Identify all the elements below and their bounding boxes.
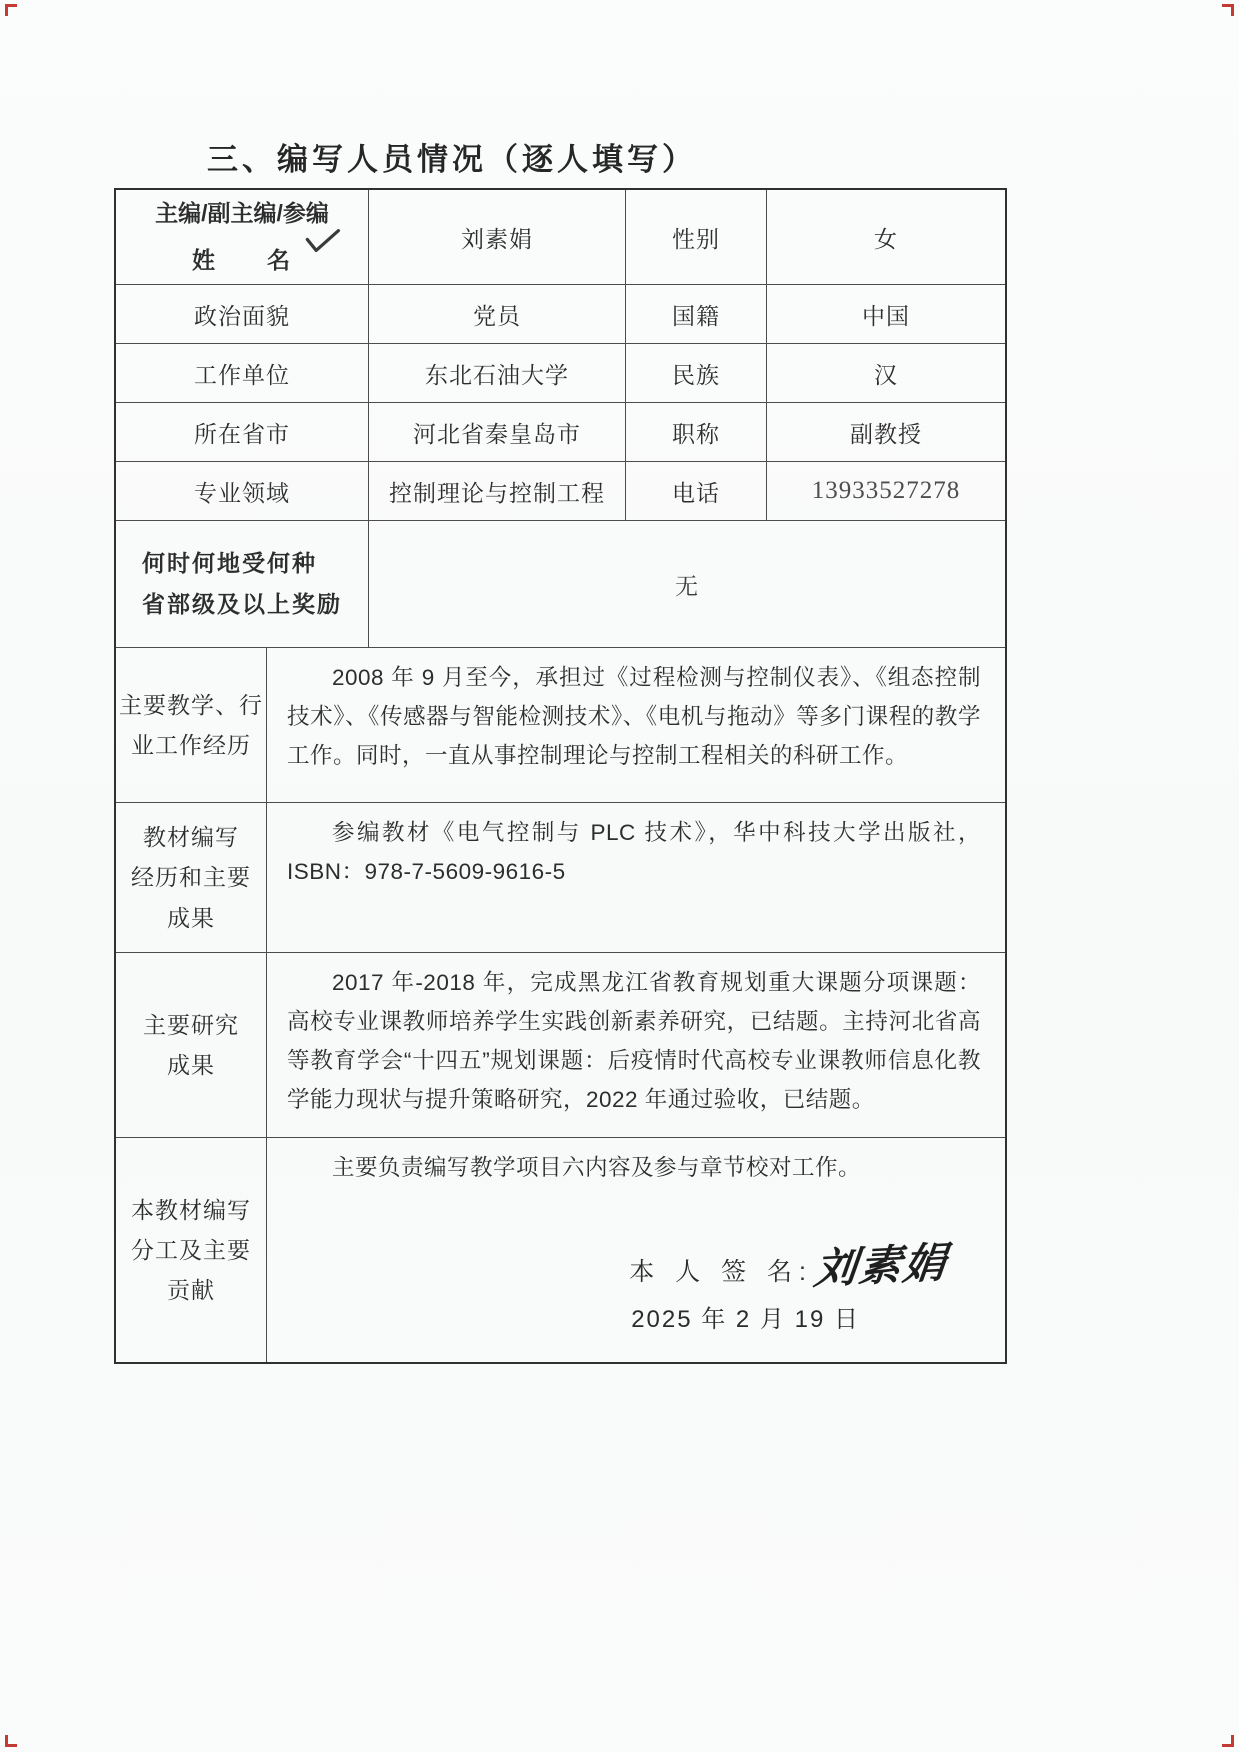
research-label-line2: 成果: [167, 1045, 215, 1085]
job-title-value: 副教授: [767, 403, 1005, 461]
teaching-label-line2: 业工作经历: [131, 725, 251, 765]
awards-value: 无: [369, 521, 1005, 647]
ethnicity-label: 民族: [626, 344, 767, 402]
awards-label-line2: 省部级及以上奖励: [142, 584, 342, 625]
job-title-label: 职称: [626, 403, 767, 461]
textbook-content: 参编教材《电气控制与 PLC 技术》，华中科技大学出版社，ISBN：978-7-…: [287, 813, 981, 891]
contribution-content: 主要负责编写教学项目六内容及参与章节校对工作。: [287, 1148, 981, 1187]
table-row-research: 主要研究 成果 2017 年-2018 年，完成黑龙江省教育规划重大课题分项课题…: [116, 953, 1005, 1138]
teaching-content: 2008 年 9 月至今，承担过《过程检测与控制仪表》、《组态控制技术》、《传感…: [287, 658, 981, 775]
research-label: 主要研究 成果: [116, 953, 267, 1137]
table-row-textbook: 教材编写 经历和主要 成果 参编教材《电气控制与 PLC 技术》，华中科技大学出…: [116, 803, 1005, 953]
page-title: 三、编写人员情况（逐人填写）: [207, 134, 697, 179]
scan-corner-mark: [1231, 1735, 1234, 1747]
teaching-content-cell: 2008 年 9 月至今，承担过《过程检测与控制仪表》、《组态控制技术》、《传感…: [267, 648, 1005, 802]
contribution-content-cell: 主要负责编写教学项目六内容及参与章节校对工作。 本 人 签 名: 刘素娟 202…: [267, 1138, 1005, 1362]
nationality-value: 中国: [767, 285, 1005, 343]
teaching-label: 主要教学、行 业工作经历: [116, 648, 267, 802]
textbook-label-line3: 成果: [167, 898, 215, 938]
role-label: 主编/副主编/参编: [155, 193, 329, 234]
research-content-cell: 2017 年-2018 年，完成黑龙江省教育规划重大课题分项课题：高校专业课教师…: [267, 953, 1005, 1137]
textbook-label-line1: 教材编写: [143, 817, 239, 857]
specialty-label: 专业领域: [116, 462, 369, 520]
ethnicity-value: 汉: [767, 344, 1005, 402]
scan-corner-mark: [1231, 4, 1234, 16]
phone-value: 13933527278: [767, 462, 1005, 520]
political-status-value: 党员: [369, 285, 626, 343]
role-name-label-cell: 主编/副主编/参编 姓 名: [116, 190, 369, 284]
teaching-label-line1: 主要教学、行: [119, 685, 263, 725]
checkmark-icon: [302, 224, 341, 262]
textbook-label: 教材编写 经历和主要 成果: [116, 803, 267, 952]
work-unit-label: 工作单位: [116, 344, 369, 402]
gender-label: 性别: [626, 190, 767, 284]
scan-corner-mark: [5, 4, 8, 16]
phone-label: 电话: [626, 462, 767, 520]
table-row-political: 政治面貌 党员 国籍 中国: [116, 285, 1005, 344]
table-row-teaching: 主要教学、行 业工作经历 2008 年 9 月至今，承担过《过程检测与控制仪表》…: [116, 648, 1005, 803]
nationality-label: 国籍: [626, 285, 767, 343]
table-row-province: 所在省市 河北省秦皇岛市 职称 副教授: [116, 403, 1005, 462]
table-row-awards: 何时何地受何种 省部级及以上奖励 无: [116, 521, 1005, 648]
research-content: 2017 年-2018 年，完成黑龙江省教育规划重大课题分项课题：高校专业课教师…: [287, 963, 981, 1119]
specialty-value: 控制理论与控制工程: [369, 462, 626, 520]
handwritten-signature: 刘素娟: [812, 1243, 949, 1289]
signature-date: 2025 年 2 月 19 日: [629, 1300, 947, 1339]
political-status-label: 政治面貌: [116, 285, 369, 343]
table-row-name: 主编/副主编/参编 姓 名 刘素娟 性别 女: [116, 190, 1005, 285]
gender-value: 女: [767, 190, 1005, 284]
awards-label-line1: 何时何地受何种: [142, 543, 317, 584]
research-label-line1: 主要研究: [143, 1005, 239, 1045]
textbook-label-line2: 经历和主要: [131, 857, 251, 897]
personnel-form-table: 主编/副主编/参编 姓 名 刘素娟 性别 女 政治面貌 党员 国籍 中国 工作单…: [114, 188, 1007, 1364]
contribution-label-line1: 本教材编写: [131, 1190, 251, 1230]
signature-block: 本 人 签 名: 刘素娟 2025 年 2 月 19 日: [629, 1246, 947, 1339]
scan-corner-mark: [5, 1735, 8, 1747]
contribution-label-line2: 分工及主要: [131, 1230, 251, 1270]
table-row-specialty: 专业领域 控制理论与控制工程 电话 13933527278: [116, 462, 1005, 521]
signature-label: 本 人 签 名:: [629, 1253, 813, 1292]
contribution-label: 本教材编写 分工及主要 贡献: [116, 1138, 267, 1362]
work-unit-value: 东北石油大学: [369, 344, 626, 402]
awards-label: 何时何地受何种 省部级及以上奖励: [116, 521, 369, 647]
province-value: 河北省秦皇岛市: [369, 403, 626, 461]
textbook-content-cell: 参编教材《电气控制与 PLC 技术》，华中科技大学出版社，ISBN：978-7-…: [267, 803, 1005, 952]
contribution-label-line3: 贡献: [167, 1270, 215, 1310]
province-label: 所在省市: [116, 403, 369, 461]
name-value: 刘素娟: [369, 190, 626, 284]
table-row-contribution: 本教材编写 分工及主要 贡献 主要负责编写教学项目六内容及参与章节校对工作。 本…: [116, 1138, 1005, 1362]
name-label: 姓 名: [192, 240, 292, 281]
table-row-workunit: 工作单位 东北石油大学 民族 汉: [116, 344, 1005, 403]
